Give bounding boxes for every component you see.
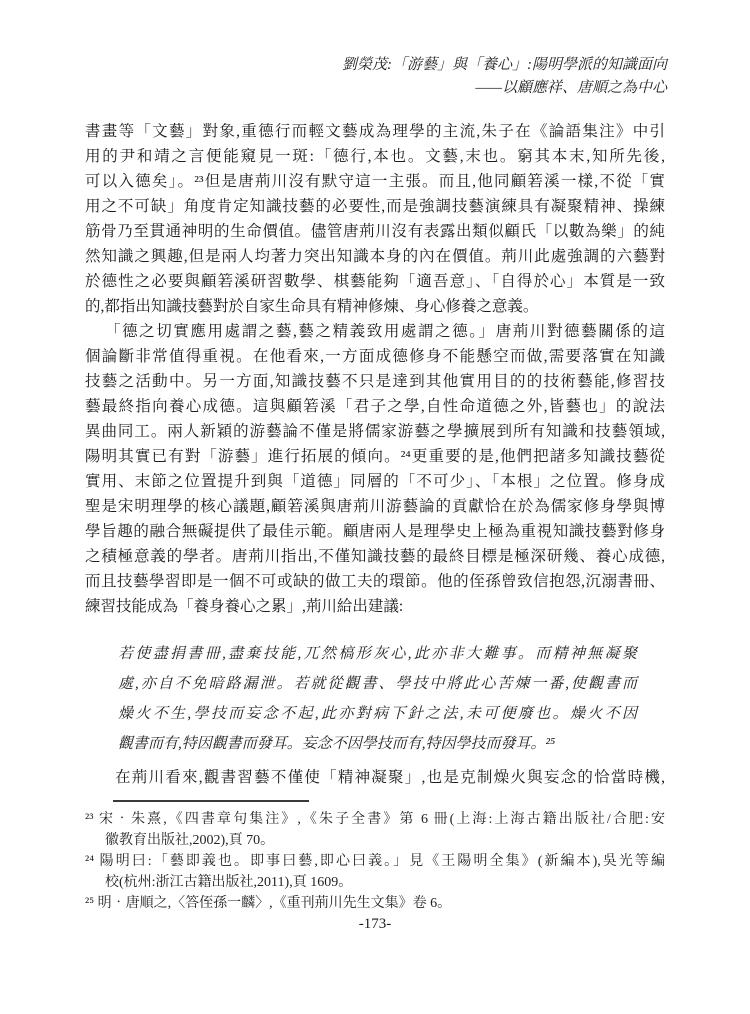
running-head-line2: ——以顧應祥、唐順之為中心 [85, 77, 667, 100]
text-line: 處,亦自不免暗路漏泄。若就從觀書、學技中將此心苦煉一番,使觀書而 [118, 669, 637, 699]
text-line: 筋骨乃至貫通神明的生命價值。儘管唐荊川沒有表露出類似顧氏「以數為樂」的純 [85, 219, 665, 244]
main-text-column: 書畫等「文藝」對象,重德行而輕文藝成為理學的主流,朱子在《論語集注》中引用的尹和… [85, 119, 665, 790]
text-line: 若使盡捐書冊,盡棄技能,兀然槁形灰心,此亦非大難事。而精神無凝聚 [118, 639, 637, 669]
block-quote: 若使盡捐書冊,盡棄技能,兀然槁形灰心,此亦非大難事。而精神無凝聚處,亦自不免暗路… [85, 639, 665, 759]
text-line: 藝最終指向養心成德。這與顧箬溪「君子之學,自性命道德之外,皆藝也」的說法 [85, 394, 665, 419]
page-number: -173- [0, 916, 750, 933]
paper-page: 劉榮茂:「游藝」與「養心」:陽明學派的知識面向 ——以顧應祥、唐順之為中心 書畫… [0, 0, 750, 1014]
text-line: ²⁴ 陽明曰:「藝即義也。即事曰藝,即心曰義。」見《王陽明全集》(新編本),吳光… [85, 851, 665, 872]
text-line: 書畫等「文藝」對象,重德行而輕文藝成為理學的主流,朱子在《論語集注》中引 [85, 119, 665, 144]
text-line: 用的尹和靖之言便能窺見一斑:「德行,本也。文藝,末也。窮其本末,知所先後, [85, 144, 665, 169]
running-head: 劉榮茂:「游藝」與「養心」:陽明學派的知識面向 ——以顧應祥、唐順之為中心 [85, 54, 667, 100]
footnotes-section: ²³ 宋‧朱熹,《四書章句集注》,《朱子全書》第 6 冊(上海:上海古籍出版社/… [85, 800, 665, 914]
body-paragraphs: 書畫等「文藝」對象,重德行而輕文藝成為理學的主流,朱子在《論語集注》中引用的尹和… [85, 119, 665, 619]
footnote-separator-rule [113, 800, 309, 802]
running-head-line1: 劉榮茂:「游藝」與「養心」:陽明學派的知識面向 [85, 54, 667, 77]
text-line: 練習技能成為「養身養心之累」,荊川給出建議: [85, 594, 665, 619]
text-line: ²⁵ 明‧唐順之,〈答侄孫一麟〉,《重刊荊川先生文集》卷 6。 [85, 893, 665, 914]
text-line: 「德之切實應用處謂之藝,藝之精義致用處謂之德。」唐荊川對德藝關係的這 [85, 319, 665, 344]
text-line: ²³ 宋‧朱熹,《四書章句集注》,《朱子全書》第 6 冊(上海:上海古籍出版社/… [85, 809, 665, 830]
text-line: 燥火不生,學技而妄念不起,此亦對病下針之法,未可便廢也。燥火不因 [118, 699, 637, 729]
after-quote-paragraph: 在荊川看來,觀書習藝不僅使「精神凝聚」,也是克制燥火與妄念的恰當時機, [85, 765, 665, 790]
text-line: 然知識之興趣,但是兩人均著力突出知識本身的內在價值。荊川此處強調的六藝對 [85, 244, 665, 269]
footnote-entries: ²³ 宋‧朱熹,《四書章句集注》,《朱子全書》第 6 冊(上海:上海古籍出版社/… [85, 809, 665, 914]
text-line: 在荊川看來,觀書習藝不僅使「精神凝聚」,也是克制燥火與妄念的恰當時機, [85, 765, 665, 790]
text-line: 技藝之活動中。另一方面,知識技藝不只是達到其他實用目的的技術藝能,修習技 [85, 369, 665, 394]
text-line: 用之不可缺」角度肯定知識技藝的必要性,而是強調技藝演練具有凝聚精神、操練 [85, 194, 665, 219]
text-line: 之積極意義的學者。唐荊川指出,不僅知識技藝的最終目標是極深研幾、養心成德, [85, 544, 665, 569]
text-line: 校(杭州:浙江古籍出版社,2011),頁 1609。 [85, 872, 665, 893]
text-line: 的,都指出知識技藝對於自家生命具有精神修煉、身心修養之意義。 [85, 294, 665, 319]
text-line: 徽教育出版社,2002),頁 70。 [85, 830, 665, 851]
text-line: 於德性之必要與顧箬溪研習數學、棋藝能夠「適吾意」、「自得於心」本質是一致 [85, 269, 665, 294]
text-line: 個論斷非常值得重視。在他看來,一方面成德修身不能懸空而做,需要落實在知識 [85, 344, 665, 369]
text-line: 觀書而有,特因觀書而發耳。妄念不因學技而有,特因學技而發耳。²⁵ [118, 729, 637, 759]
text-line: 聖是宋明理學的核心議題,顧箬溪與唐荊川游藝論的貢獻恰在於為儒家修身學與博 [85, 494, 665, 519]
text-line: 陽明其實已有對「游藝」進行拓展的傾向。²⁴更重要的是,他們把諸多知識技藝從 [85, 444, 665, 469]
text-line: 實用、末節之位置提升到與「道德」同層的「不可少」、「本根」之位置。修身成 [85, 469, 665, 494]
text-line: 異曲同工。兩人新穎的游藝論不僅是將儒家游藝之學擴展到所有知識和技藝領域, [85, 419, 665, 444]
text-line: 可以入德矣」。²³但是唐荊川沒有默守這一主張。而且,他同顧箬溪一樣,不從「實 [85, 169, 665, 194]
text-line: 而且技藝學習即是一個不可或缺的做工夫的環節。他的侄孫曾致信抱怨,沉溺書冊、 [85, 569, 665, 594]
text-line: 學旨趣的融合無礙提供了最佳示範。顧唐兩人是理學史上極為重視知識技藝對修身 [85, 519, 665, 544]
